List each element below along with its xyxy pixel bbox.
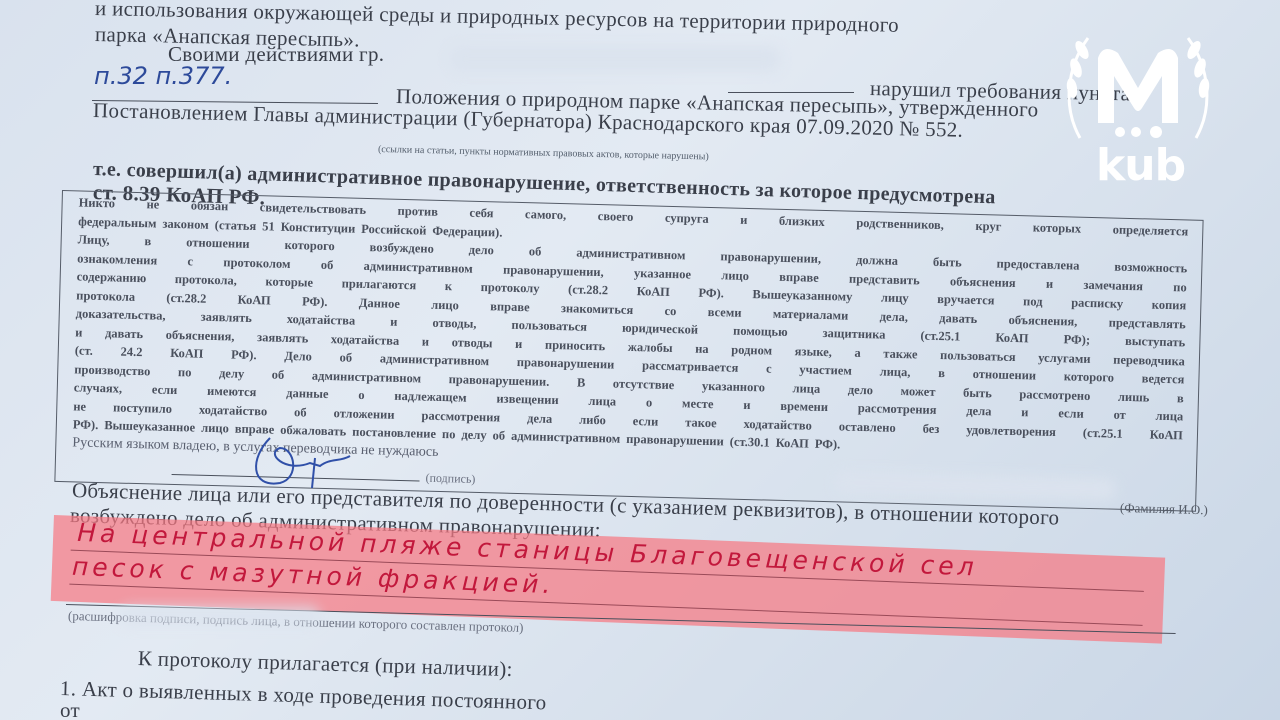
transcript-blur bbox=[120, 606, 320, 626]
rights-notice-box: Никтонеобязансвидетельствоватьпротивсебя… bbox=[54, 190, 1203, 512]
attached-heading: К протоколу прилагается (при наличии): bbox=[138, 646, 513, 682]
brand-label: kub bbox=[1096, 140, 1185, 191]
from-label: от bbox=[60, 698, 80, 720]
signature-caption: (подпись) bbox=[425, 471, 475, 487]
handwritten-points: п.32 п.377. bbox=[94, 62, 232, 90]
kub-watermark-logo: kub bbox=[1058, 28, 1218, 188]
wheat-m-logo-icon bbox=[1058, 28, 1218, 148]
name-caption: (Фамилия И.О.) bbox=[1120, 500, 1208, 518]
redacted-name-blur bbox=[450, 46, 780, 72]
attached-item-1: 1. Акт о выявленных в ходе проведения по… bbox=[60, 676, 547, 715]
refs-caption: (ссылки на статьи, пункты нормативных пр… bbox=[378, 144, 709, 163]
